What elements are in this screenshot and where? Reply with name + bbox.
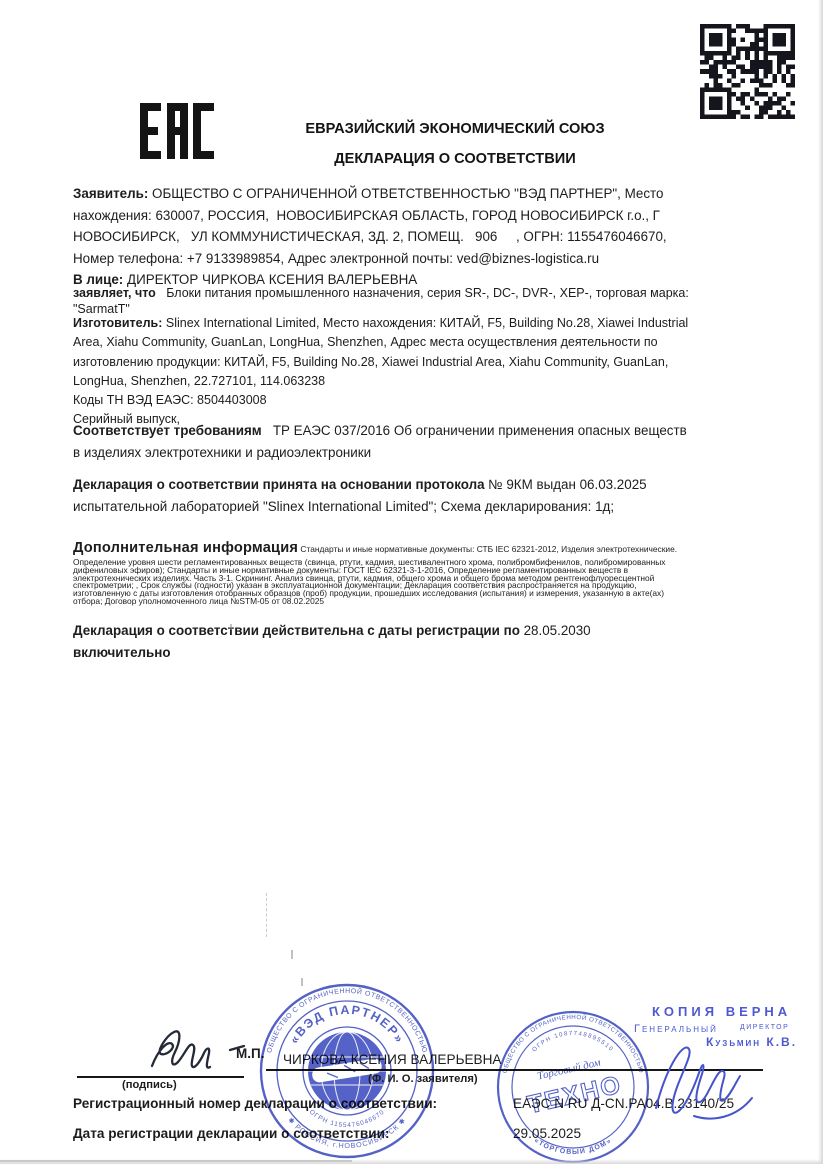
director-signature (640, 1036, 770, 1124)
conformity-line: в изделиях электротехники и радиоэлектро… (73, 442, 818, 464)
globe-handshake-emblem (308, 1032, 386, 1110)
manufacturer-line: Изготовитель: Slinex International Limit… (73, 314, 818, 333)
scan-edge-bottom-left (0, 1160, 352, 1162)
manufacturer-line: Area, Xiahu Community, GuanLan, LongHua,… (73, 333, 818, 352)
director-signature-svg (640, 1036, 770, 1124)
validity-line: Декларация о соответствии действительна … (73, 620, 818, 642)
union-title: ЕВРАЗИЙСКИЙ ЭКОНОМИЧЕСКИЙ СОЮЗ (235, 121, 675, 137)
qr-code-icon (700, 24, 795, 119)
applicant-line: НОВОСИБИРСК, УЛ КОММУНИСТИЧЕСКАЯ, ЗД. 2,… (73, 226, 818, 248)
scan-artifact (291, 950, 293, 959)
eac-logo-icon (140, 103, 214, 159)
applicant-signature (138, 1020, 263, 1082)
scan-artifact (266, 893, 268, 937)
vedpartner-stamp-svg: ОБЩЕСТВО С ОГРАНИЧЕННОЙ ОТВЕТСТВЕННОСТЬЮ… (257, 981, 437, 1161)
copy-verna-label: КОПИЯ ВЕРНА (652, 1004, 791, 1019)
additional-info-paragraph: Дополнительная информация Стандарты и ин… (73, 540, 818, 606)
validity-paragraph: Декларация о соответствии действительна … (73, 620, 818, 663)
applicant-paragraph: Заявитель: ОБЩЕСТВО С ОГРАНИЧЕННОЙ ОТВЕТ… (73, 183, 818, 291)
copy-verna-role-1: Генеральный (634, 1023, 718, 1035)
additional-info-heading: Дополнительная информация (73, 540, 298, 556)
manufacturer-line: изготовлению продукции: КИТАЙ, F5, Build… (73, 353, 818, 372)
signature-caption: (подпись) (122, 1079, 177, 1091)
basis-paragraph: Декларация о соответствии принята на осн… (73, 474, 818, 517)
additional-info-line: отбора; Договор уполномоченного лица №ST… (73, 598, 818, 606)
scan-artifact (230, 624, 232, 630)
svg-text:«ТОРГОВЫЙ ДОМ»: «ТОРГОВЫЙ ДОМ» (533, 1137, 613, 1156)
manufacturer-line: LongHua, Shenzhen, 22.727101, 114.063238 (73, 372, 818, 391)
svg-text:ОГРН 1087748895510: ОГРН 1087748895510 (532, 1031, 615, 1054)
tnved-code-line: Коды ТН ВЭД ЕАЭС: 8504403008 (73, 391, 818, 410)
basis-line: испытательной лабораторией "Slinex Inter… (73, 496, 818, 518)
applicant-line: Заявитель: ОБЩЕСТВО С ОГРАНИЧЕННОЙ ОТВЕТ… (73, 183, 818, 205)
scan-edge-right (818, 0, 823, 1164)
manufacturer-paragraph: Изготовитель: Slinex International Limit… (73, 314, 818, 430)
qr-code-svg (700, 24, 795, 119)
conformity-line: Соответствует требованиям ТР ЕАЭС 037/20… (73, 420, 818, 442)
applicant-line: Номер телефона: +7 9133989854, Адрес эле… (73, 248, 818, 270)
basis-line: Декларация о соответствии принята на осн… (73, 474, 818, 496)
applicant-signature-svg (138, 1020, 263, 1082)
declaration-document-page: ЕВРАЗИЙСКИЙ ЭКОНОМИЧЕСКИЙ СОЮЗ ДЕКЛАРАЦИ… (0, 0, 823, 1164)
declares-paragraph: заявляет, что Блоки питания промышленног… (73, 285, 818, 317)
applicant-line: нахождения: 630007, РОССИЯ, НОВОСИБИРСКА… (73, 205, 818, 227)
eac-logo-svg (140, 103, 214, 159)
declares-line: заявляет, что Блоки питания промышленног… (73, 285, 818, 301)
fio-caption: (Ф. И. О. заявителя) (368, 1073, 478, 1085)
vedpartner-round-stamp: ОБЩЕСТВО С ОГРАНИЧЕННОЙ ОТВЕТСТВЕННОСТЬЮ… (257, 981, 437, 1161)
validity-line: включительно (73, 642, 818, 664)
additional-info-line: Дополнительная информация Стандарты и ин… (73, 540, 818, 557)
svg-text:ОГРН 1155476046670: ОГРН 1155476046670 (308, 1108, 386, 1129)
header: ЕВРАЗИЙСКИЙ ЭКОНОМИЧЕСКИЙ СОЮЗ ДЕКЛАРАЦИ… (235, 121, 675, 167)
doc-title: ДЕКЛАРАЦИЯ О СООТВЕТСТВИИ (235, 151, 675, 167)
conformity-paragraph: Соответствует требованиям ТР ЕАЭС 037/20… (73, 420, 818, 463)
trade-house-round-stamp: ОБЩЕСТВО С ОГРАНИЧЕННОЙ ОТВЕТСТВЕННОСТЬЮ… (494, 1008, 652, 1164)
copy-verna-role-2: директор (740, 1021, 789, 1032)
trade-house-stamp-svg: ОБЩЕСТВО С ОГРАНИЧЕННОЙ ОТВЕТСТВЕННОСТЬЮ… (494, 1008, 652, 1164)
